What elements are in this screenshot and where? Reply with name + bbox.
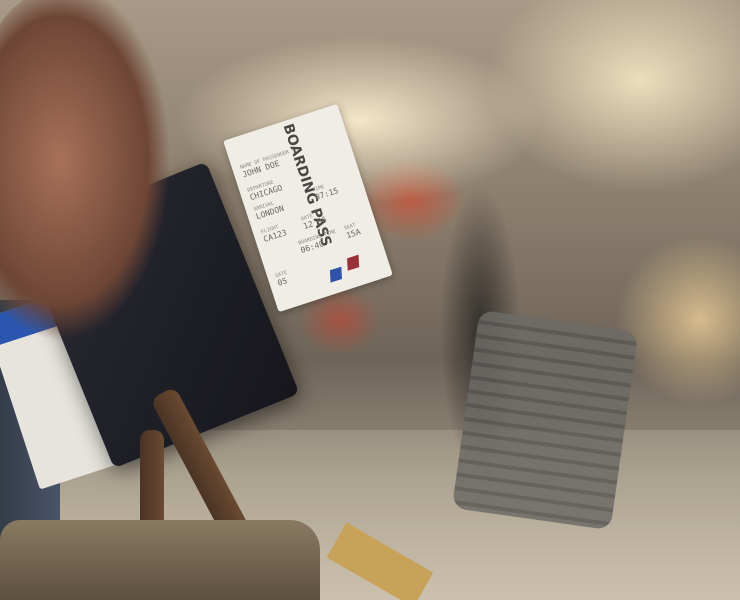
- time: TIME07:15: [312, 180, 340, 202]
- airport-photo: BOARDING PASS NAME OF PASSENGERJOHN DOE …: [0, 0, 740, 600]
- hand: [0, 0, 180, 350]
- red-marker-icon: [347, 255, 359, 271]
- passenger-name: NAME OF PASSENGERJOHN DOE: [239, 149, 292, 179]
- blue-marker-icon: [330, 267, 342, 283]
- travel-bag: [0, 520, 320, 600]
- seat: SEAT15A: [343, 222, 361, 241]
- arrival: ARRIVALLONDON: [253, 198, 285, 221]
- rolling-suitcase: [452, 310, 638, 530]
- flight: FLIGHTCA123: [260, 222, 288, 244]
- gate: GATE05: [275, 270, 291, 288]
